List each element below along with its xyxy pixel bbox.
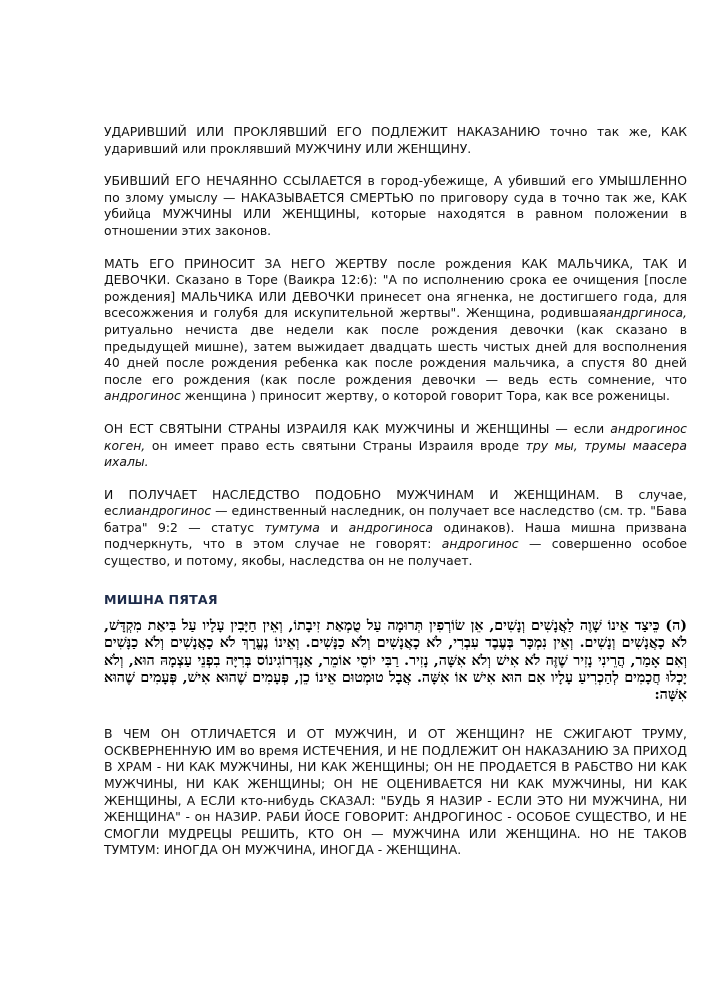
text-run: он имеет право есть святыни Страны Израи… (145, 438, 525, 453)
text-run: ритуально нечиста две недели как после р… (104, 322, 687, 387)
commentary-paragraph: УБИВШИЙ ЕГО НЕЧАЯННО ССЫЛАЕТСЯ в город-у… (104, 173, 687, 239)
italic-term: андрогинос (104, 388, 181, 403)
commentary-paragraph: ОН ЕСТ СВЯТЫНИ СТРАНЫ ИЗРАИЛЯ КАК МУЖЧИН… (104, 421, 687, 471)
commentary-paragraph: УДАРИВШИЙ ИЛИ ПРОКЛЯВШИЙ ЕГО ПОДЛЕЖИТ НА… (104, 124, 687, 157)
text-run: ОН ЕСТ СВЯТЫНИ СТРАНЫ ИЗРАИЛЯ КАК МУЖЧИН… (104, 421, 610, 436)
text-run: женщина ) приносит жертву, о которой гов… (181, 388, 670, 403)
text-run: и (320, 520, 349, 535)
mishna-translation: В ЧЕМ ОН ОТЛИЧАЕТСЯ И ОТ МУЖЧИН, И ОТ ЖЕ… (104, 726, 687, 859)
text-run: МАТЬ ЕГО ПРИНОСИТ ЗА НЕГО ЖЕРТВУ после р… (104, 256, 687, 321)
commentary-section: УДАРИВШИЙ ИЛИ ПРОКЛЯВШИЙ ЕГО ПОДЛЕЖИТ НА… (104, 124, 687, 570)
text-run: УДАРИВШИЙ ИЛИ ПРОКЛЯВШИЙ ЕГО ПОДЛЕЖИТ НА… (104, 124, 687, 156)
commentary-paragraph: И ПОЛУЧАЕТ НАСЛЕДСТВО ПОДОБНО МУЖЧИНАМ И… (104, 487, 687, 570)
document-page: УДАРИВШИЙ ИЛИ ПРОКЛЯВШИЙ ЕГО ПОДЛЕЖИТ НА… (104, 124, 687, 875)
italic-term: андргиноса, (606, 305, 687, 320)
italic-term: андрогинос (134, 503, 211, 518)
italic-term: андрогиноса (349, 520, 433, 535)
text-run: УБИВШИЙ ЕГО НЕЧАЯННО ССЫЛАЕТСЯ в город-у… (104, 173, 687, 238)
italic-term: тумтума (264, 520, 319, 535)
italic-term: андрогинос (442, 536, 519, 551)
section-heading: МИШНА ПЯТАЯ (104, 592, 687, 609)
commentary-paragraph: МАТЬ ЕГО ПРИНОСИТ ЗА НЕГО ЖЕРТВУ после р… (104, 256, 687, 405)
hebrew-mishna-text: (ה) כֵּיצַד אֵינוֹ שָׁוֶה לַאֲנָשִׁים וְ… (104, 618, 687, 704)
